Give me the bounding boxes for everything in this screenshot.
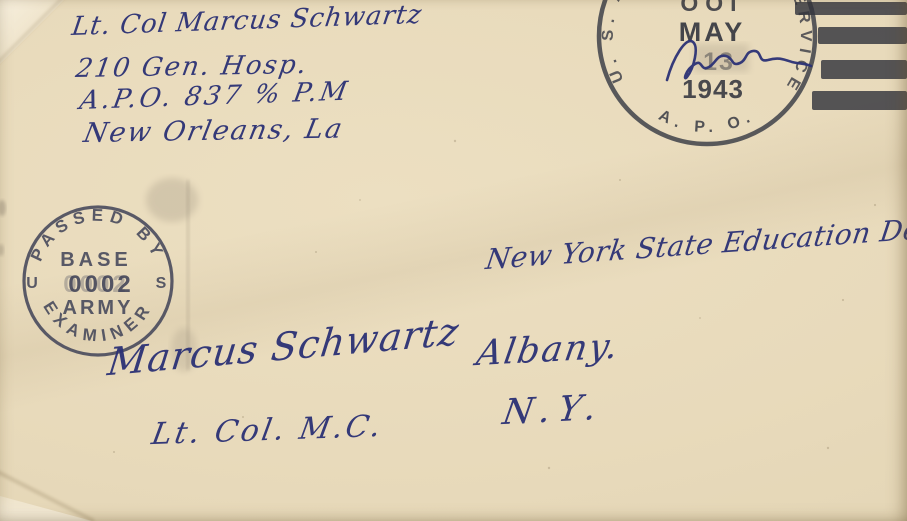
envelope-scan: U. S. ARMY POSTAL SERVICE OOI MAY 13 194… [0,0,907,521]
scan-edge-vignette [0,0,907,521]
